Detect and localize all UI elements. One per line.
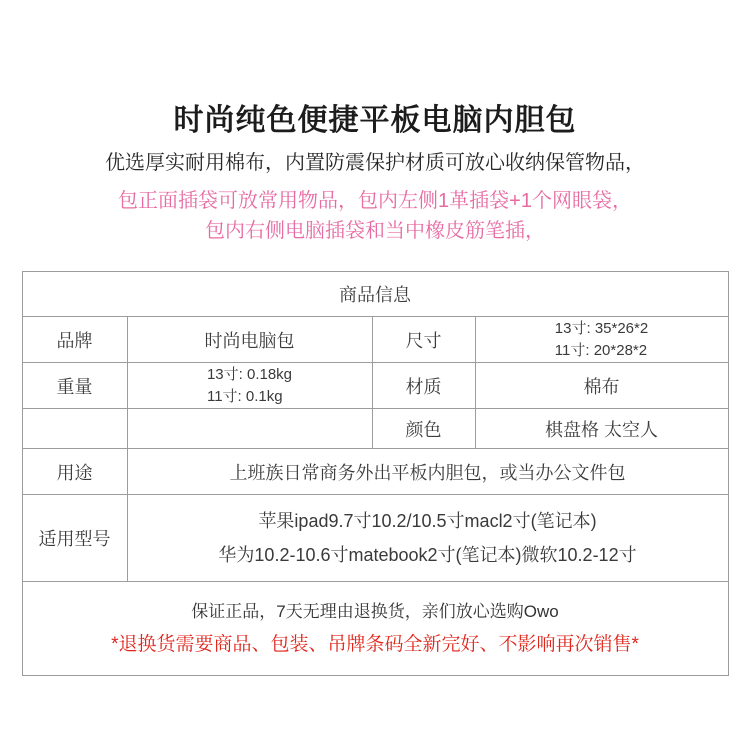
product-description-page: 时尚纯色便捷平板电脑内胆包 优选厚实耐用棉布，内置防震保护材质可放心收纳保管物品… <box>0 0 750 750</box>
table-row: 用途 上班族日常商务外出平板内胆包，或当办公文件包 <box>22 449 728 495</box>
table-row: 适用型号 苹果ipad9.7寸10.2/10.5寸macl2寸(笔记本) 华为1… <box>22 495 728 582</box>
material-label: 材质 <box>372 363 475 409</box>
size-value-lines: 13寸: 35*26*2 11寸: 20*28*2 <box>555 318 648 362</box>
table-header-row: 商品信息 <box>22 272 728 317</box>
models-value: 苹果ipad9.7寸10.2/10.5寸macl2寸(笔记本) 华为10.2-1… <box>127 495 728 582</box>
empty-cell <box>127 409 372 449</box>
color-label: 颜色 <box>372 409 475 449</box>
models-line-1: 苹果ipad9.7寸10.2/10.5寸macl2寸(笔记本) <box>128 504 728 538</box>
empty-cell <box>22 409 127 449</box>
brand-value: 时尚电脑包 <box>127 317 372 363</box>
table-row: 颜色 棋盘格 太空人 <box>22 409 728 449</box>
size-value-line-2: 11寸: 20*28*2 <box>555 340 648 362</box>
models-label: 适用型号 <box>22 495 127 582</box>
highlight-line-1: 包正面插袋可放常用物品，包内左侧1革插袋+1个网眼袋， <box>0 186 750 216</box>
page-subtitle: 优选厚实耐用棉布，内置防震保护材质可放心收纳保管物品， <box>0 149 750 177</box>
size-value-line-1: 13寸: 35*26*2 <box>555 318 648 340</box>
table-header: 商品信息 <box>22 272 728 317</box>
brand-label: 品牌 <box>22 317 127 363</box>
page-title: 时尚纯色便捷平板电脑内胆包 <box>0 0 750 141</box>
models-line-2: 华为10.2-10.6寸matebook2寸(笔记本)微软10.2-12寸 <box>128 538 728 572</box>
table-row: 重量 13寸: 0.18kg 11寸: 0.1kg 材质 棉布 <box>22 363 728 409</box>
table-footer-row: 保证正品，7天无理由退换货，亲们放心选购Owo *退换货需要商品、包装、吊牌条码… <box>22 582 728 676</box>
product-info-table: 商品信息 品牌 时尚电脑包 尺寸 13寸: 35*26*2 11寸: 20*28… <box>22 271 729 676</box>
color-value: 棋盘格 太空人 <box>475 409 728 449</box>
material-value: 棉布 <box>475 363 728 409</box>
size-value: 13寸: 35*26*2 11寸: 20*28*2 <box>475 317 728 363</box>
usage-label: 用途 <box>22 449 127 495</box>
guarantee-text: 保证正品，7天无理由退换货，亲们放心选购Owo <box>23 596 728 628</box>
footer-cell: 保证正品，7天无理由退换货，亲们放心选购Owo *退换货需要商品、包装、吊牌条码… <box>22 582 728 676</box>
weight-value: 13寸: 0.18kg 11寸: 0.1kg <box>127 363 372 409</box>
weight-value-line-1: 13寸: 0.18kg <box>207 364 292 386</box>
weight-value-line-2: 11寸: 0.1kg <box>207 386 292 408</box>
weight-label: 重量 <box>22 363 127 409</box>
highlight-line-2: 包内右侧电脑插袋和当中橡皮筋笔插， <box>0 216 750 246</box>
table-row: 品牌 时尚电脑包 尺寸 13寸: 35*26*2 11寸: 20*28*2 <box>22 317 728 363</box>
size-label: 尺寸 <box>372 317 475 363</box>
usage-value: 上班族日常商务外出平板内胆包，或当办公文件包 <box>127 449 728 495</box>
weight-value-lines: 13寸: 0.18kg 11寸: 0.1kg <box>207 364 292 408</box>
return-policy-text: *退换货需要商品、包装、吊牌条码全新完好、不影响再次销售* <box>23 628 728 662</box>
